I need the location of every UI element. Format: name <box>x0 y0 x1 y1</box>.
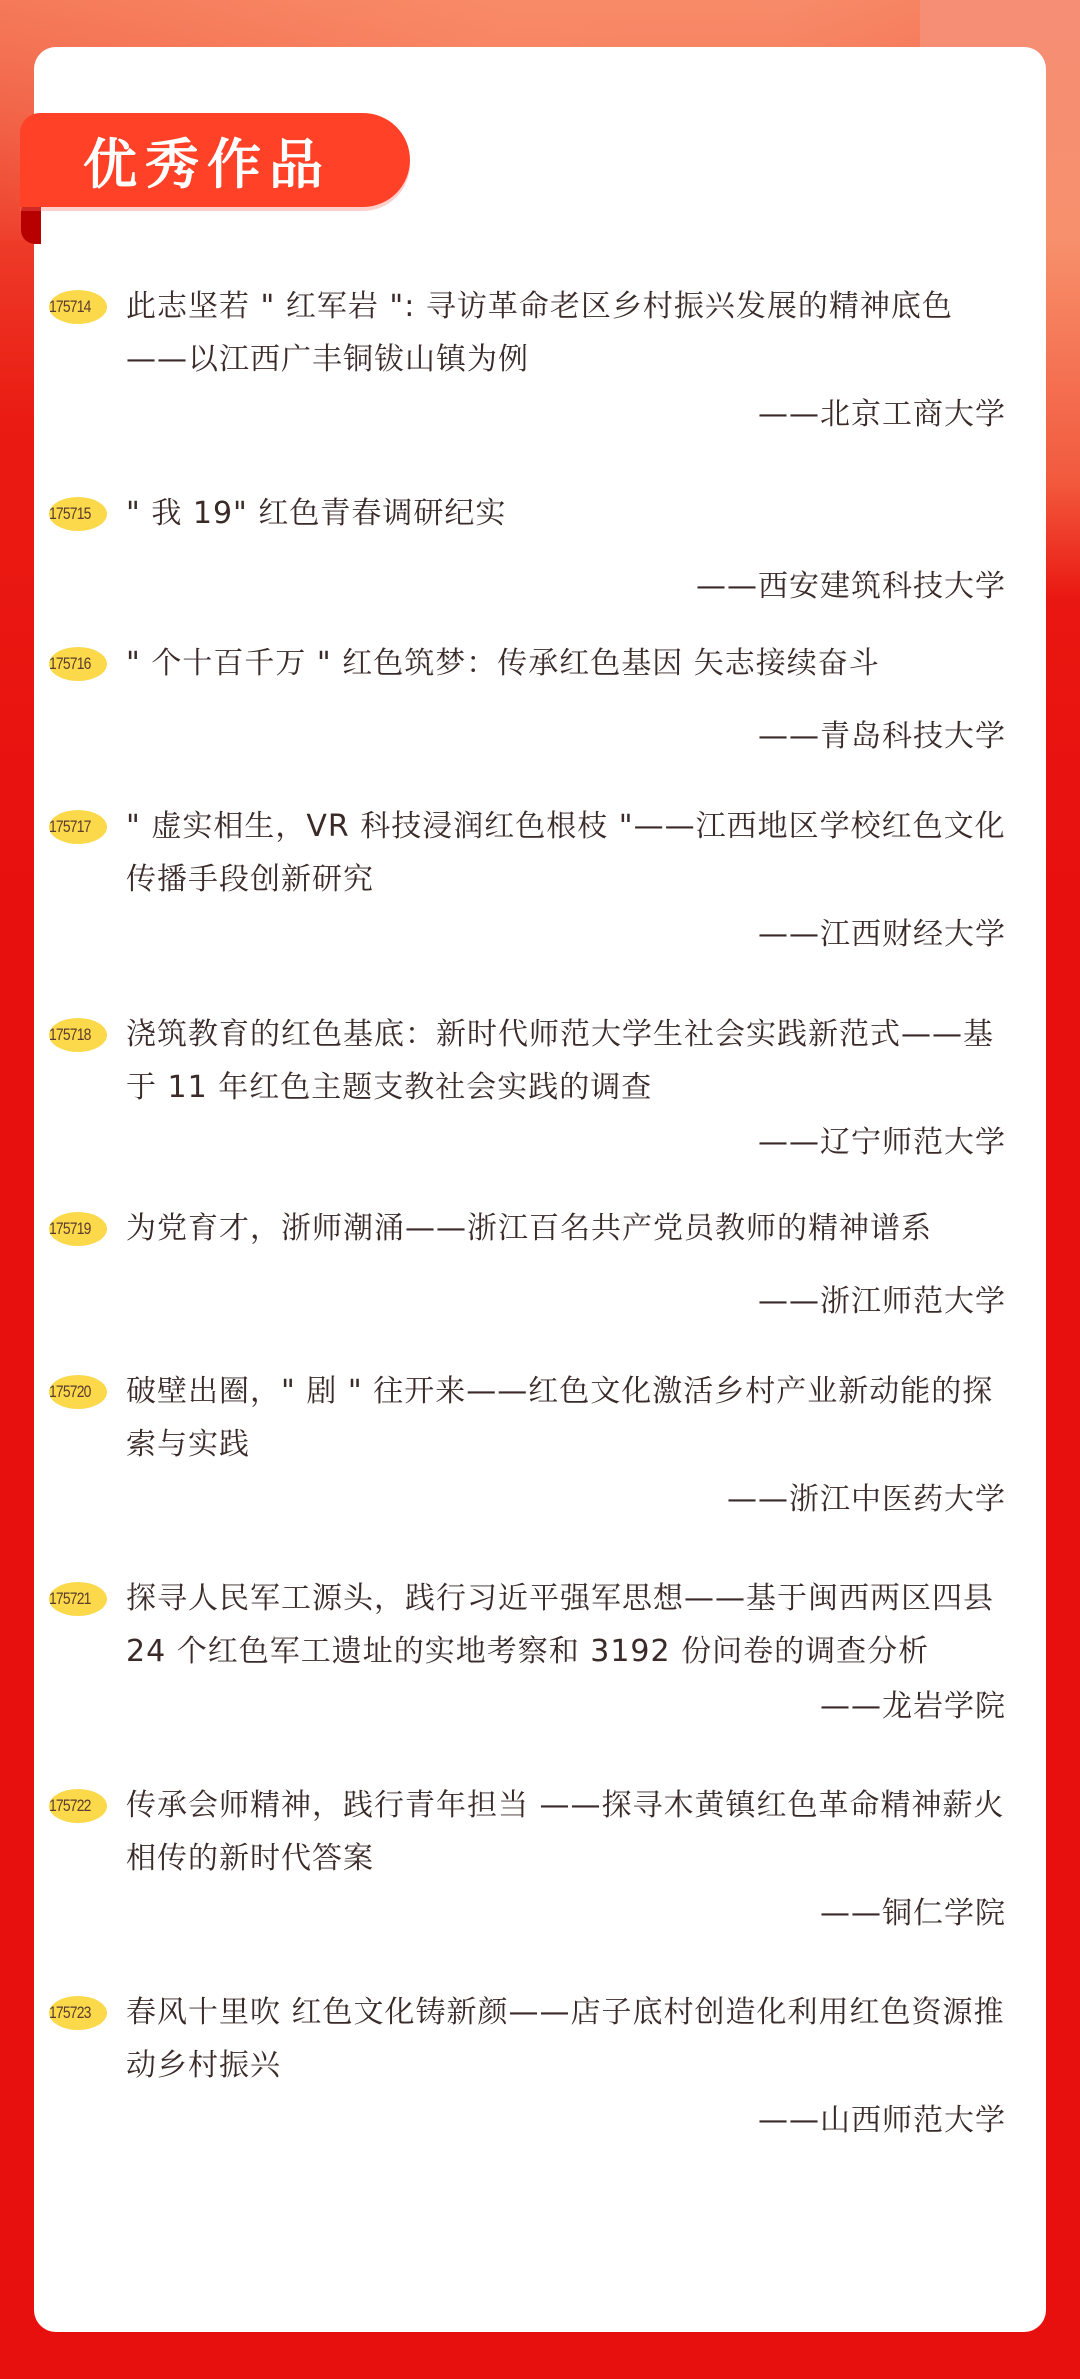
entry-number-badge: 175719 <box>49 1212 111 1246</box>
entry-number-badge: 175723 <box>49 1996 111 2030</box>
work-entry: 175720 破壁出圈，" 剧 " 往开来——红色文化激活乡村产业新动能的探索与… <box>34 1365 1046 1515</box>
work-author: ——青岛科技大学 <box>34 710 1046 800</box>
entry-number-badge: 175716 <box>49 647 111 681</box>
work-title: " 虚实相生，VR 科技浸润红色根枝 "——江西地区学校红色文化传播手段创新研究 <box>126 800 1006 906</box>
section-title: 优秀作品 <box>83 122 331 199</box>
entry-number-badge: 175720 <box>49 1375 111 1409</box>
entry-number-badge: 175717 <box>49 810 111 844</box>
work-title: " 我 19" 红色青春调研纪实 <box>126 487 1006 540</box>
work-entry: 175717 " 虚实相生，VR 科技浸润红色根枝 "——江西地区学校红色文化传… <box>34 800 1046 950</box>
work-entry: 175723 春风十里吹 红色文化铸新颜——店子底村创造化利用红色资源推动乡村振… <box>34 1986 1046 2136</box>
entry-number-badge: 175714 <box>49 290 111 324</box>
work-title: 春风十里吹 红色文化铸新颜——店子底村创造化利用红色资源推动乡村振兴 <box>126 1986 1006 2092</box>
entry-number-badge: 175721 <box>49 1582 111 1616</box>
work-entry: 175714 此志坚若 " 红军岩 ": 寻访革命老区乡村振兴发展的精神底色——… <box>34 280 1046 430</box>
works-list: 175714 此志坚若 " 红军岩 ": 寻访革命老区乡村振兴发展的精神底色——… <box>34 280 1046 2193</box>
work-title: 此志坚若 " 红军岩 ": 寻访革命老区乡村振兴发展的精神底色——以江西广丰铜钹… <box>126 280 1006 386</box>
work-entry: 175718 浇筑教育的红色基底：新时代师范大学生社会实践新范式——基于 11 … <box>34 1008 1046 1158</box>
section-header-ribbon: 优秀作品 <box>20 113 410 207</box>
work-title: 传承会师精神，践行青年担当 ——探寻木黄镇红色革命精神薪火相传的新时代答案 <box>126 1779 1006 1885</box>
work-author: ——西安建筑科技大学 <box>34 560 1046 637</box>
work-entry: 175721 探寻人民军工源头，践行习近平强军思想——基于闽西两区四县 24 个… <box>34 1572 1046 1722</box>
work-title: 浇筑教育的红色基底：新时代师范大学生社会实践新范式——基于 11 年红色主题支教… <box>126 1008 1006 1114</box>
work-title: 为党育才，浙师潮涌——浙江百名共产党员教师的精神谱系 <box>126 1202 1006 1255</box>
work-entry: 175715 " 我 19" 红色青春调研纪实 <box>34 487 1046 560</box>
entry-number-badge: 175718 <box>49 1018 111 1052</box>
work-entry: 175722 传承会师精神，践行青年担当 ——探寻木黄镇红色革命精神薪火相传的新… <box>34 1779 1046 1929</box>
work-entry: 175716 " 个十百千万 " 红色筑梦：传承红色基因 矢志接续奋斗 <box>34 637 1046 710</box>
work-title: " 个十百千万 " 红色筑梦：传承红色基因 矢志接续奋斗 <box>126 637 1006 690</box>
work-title: 破壁出圈，" 剧 " 往开来——红色文化激活乡村产业新动能的探索与实践 <box>126 1365 1006 1471</box>
entry-number-badge: 175722 <box>49 1789 111 1823</box>
work-title: 探寻人民军工源头，践行习近平强军思想——基于闽西两区四县 24 个红色军工遗址的… <box>126 1572 1006 1678</box>
work-entry: 175719 为党育才，浙师潮涌——浙江百名共产党员教师的精神谱系 <box>34 1202 1046 1275</box>
work-author: ——浙江师范大学 <box>34 1275 1046 1365</box>
entry-number-badge: 175715 <box>49 497 111 531</box>
